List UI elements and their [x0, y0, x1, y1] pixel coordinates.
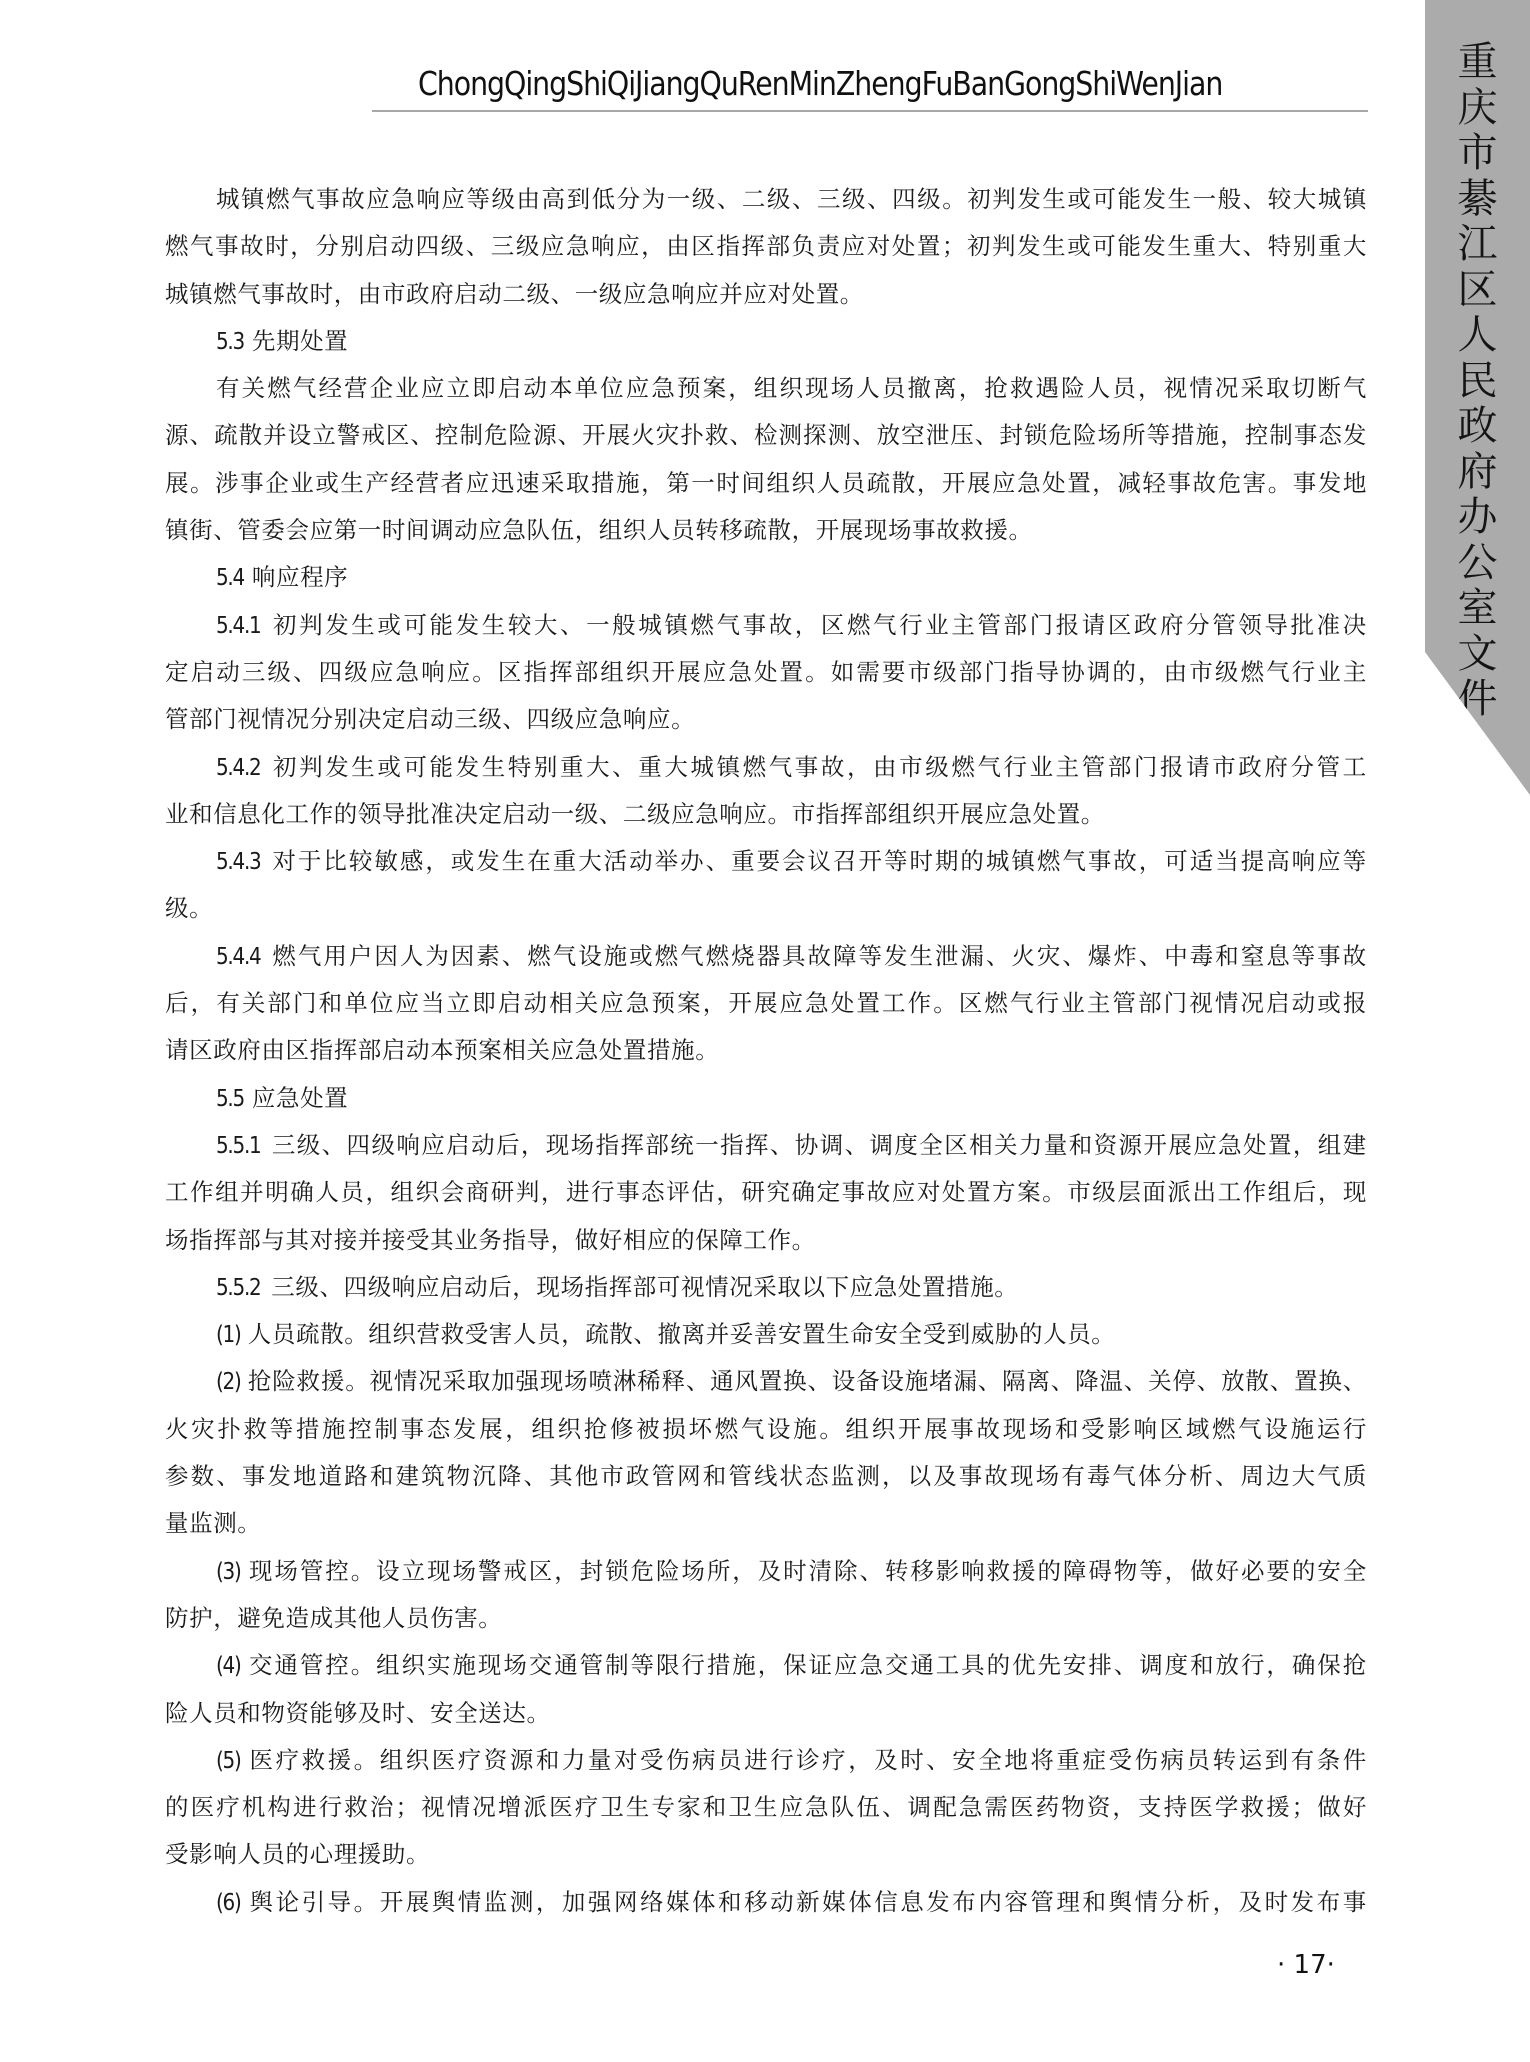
banner-char: 政	[1458, 404, 1498, 450]
paragraph-line: 级。	[165, 885, 1367, 932]
line-text: 量监测。	[165, 1509, 261, 1537]
paragraph-line: (5)医疗救援。组织医疗资源和力量对受伤病员进行诊疗，及时、安全地将重症受伤病员…	[165, 1737, 1367, 1784]
paragraph-line: 城镇燃气事故应急响应等级由高到低分为一级、二级、三级、四级。初判发生或可能发生一…	[165, 176, 1367, 223]
paragraph-line: 管部门视情况分别决定启动三级、四级应急响应。	[165, 696, 1367, 743]
paragraph-line: 请区政府由区指挥部启动本预案相关应急处置措施。	[165, 1027, 1367, 1074]
line-text: 定启动三级、四级应急响应。区指挥部组织开展应急处置。如需要市级部门指导协调的，由…	[165, 658, 1367, 686]
section-number: (5)	[216, 1737, 240, 1784]
paragraph-line: 5.4.4燃气用户因人为因素、燃气设施或燃气燃烧器具故障等发生泄漏、火灾、爆炸、…	[165, 933, 1367, 980]
side-banner-title: 重庆市綦江区人民政府办公室文件	[1425, 40, 1530, 723]
line-text: 场指挥部与其对接并接受其业务指导，做好相应的保障工作。	[165, 1226, 816, 1254]
banner-char: 室	[1458, 586, 1498, 632]
paragraph-line: 源、疏散并设立警戒区、控制危险源、开展火灾扑救、检测探测、放空泄压、封锁危险场所…	[165, 412, 1367, 459]
paragraph-line: 防护，避免造成其他人员伤害。	[165, 1595, 1367, 1642]
section-number: (4)	[216, 1642, 240, 1689]
line-text: 对于比较敏感，或发生在重大活动举办、重要会议召开等时期的城镇燃气事故，可适当提高…	[271, 847, 1367, 875]
running-header-title: ChongQingShiQiJiangQuRenMinZhengFuBanGon…	[418, 64, 1235, 103]
banner-char: 办	[1458, 495, 1498, 541]
section-number: 5.4.2	[216, 744, 260, 791]
line-text: 抢险救援。视情况采取加强现场喷淋稀释、通风置换、设备设施堵漏、隔离、降温、关停、…	[248, 1367, 1367, 1395]
section-number: (1)	[216, 1311, 240, 1358]
banner-char: 綦	[1458, 177, 1498, 223]
section-number: (2)	[216, 1358, 240, 1405]
paragraph-line: 场指挥部与其对接并接受其业务指导，做好相应的保障工作。	[165, 1217, 1367, 1264]
paragraph-line: 5.4.1初判发生或可能发生较大、一般城镇燃气事故，区燃气行业主管部门报请区政府…	[165, 602, 1367, 649]
line-text: 舆论引导。开展舆情监测，加强网络媒体和移动新媒体信息发布内容管理和舆情分析，及时…	[248, 1888, 1367, 1916]
paragraph-line: (2)抢险救援。视情况采取加强现场喷淋稀释、通风置换、设备设施堵漏、隔离、降温、…	[165, 1358, 1367, 1405]
paragraph-line: 的医疗机构进行救治；视情况增派医疗卫生专家和卫生应急队伍、调配急需医药物资，支持…	[165, 1784, 1367, 1831]
paragraph-line: (6)舆论引导。开展舆情监测，加强网络媒体和移动新媒体信息发布内容管理和舆情分析…	[165, 1879, 1367, 1926]
paragraph-line: 有关燃气经营企业应立即启动本单位应急预案，组织现场人员撤离，抢救遇险人员，视情况…	[165, 365, 1367, 412]
line-text: 展。涉事企业或生产经营者应迅速采取措施，第一时间组织人员疏散，开展应急处置，减轻…	[165, 469, 1367, 497]
line-text: 险人员和物资能够及时、安全送达。	[165, 1699, 551, 1727]
section-number: 5.4.3	[216, 838, 260, 885]
line-text: 参数、事发地道路和建筑物沉降、其他市政管网和管线状态监测，以及事故现场有毒气体分…	[165, 1462, 1367, 1490]
paragraph-line: (4)交通管控。组织实施现场交通管制等限行措施，保证应急交通工具的优先安排、调度…	[165, 1642, 1367, 1689]
line-text: 城镇燃气事故应急响应等级由高到低分为一级、二级、三级、四级。初判发生或可能发生一…	[216, 185, 1367, 213]
banner-char: 区	[1458, 268, 1498, 314]
paragraph-line: 险人员和物资能够及时、安全送达。	[165, 1690, 1367, 1737]
paragraph-line: 5.5.1三级、四级响应启动后，现场指挥部统一指挥、协调、调度全区相关力量和资源…	[165, 1122, 1367, 1169]
section-number: (6)	[216, 1879, 240, 1926]
line-text: 级。	[165, 894, 213, 922]
banner-char: 府	[1458, 450, 1498, 496]
line-text: 燃气用户因人为因素、燃气设施或燃气燃烧器具故障等发生泄漏、火灾、爆炸、中毒和窒息…	[271, 942, 1367, 970]
section-number: 5.5.1	[216, 1122, 260, 1169]
line-text: 初判发生或可能发生特别重大、重大城镇燃气事故，由市级燃气行业主管部门报请市政府分…	[271, 753, 1367, 781]
line-text: 受影响人员的心理援助。	[165, 1840, 430, 1868]
line-text: 的医疗机构进行救治；视情况增派医疗卫生专家和卫生应急队伍、调配急需医药物资，支持…	[165, 1793, 1367, 1821]
section-heading-line: 5.5.2三级、四级响应启动后，现场指挥部可视情况采取以下应急处置措施。	[165, 1264, 1367, 1311]
line-text: 管部门视情况分别决定启动三级、四级应急响应。	[165, 705, 695, 733]
paragraph-line: 工作组并明确人员，组织会商研判，进行事态评估，研究确定事故应对处置方案。市级层面…	[165, 1169, 1367, 1216]
line-text: 有关燃气经营企业应立即启动本单位应急预案，组织现场人员撤离，抢救遇险人员，视情况…	[216, 374, 1367, 402]
paragraph-line: 后，有关部门和单位应当立即启动相关应急预案，开展应急处置工作。区燃气行业主管部门…	[165, 980, 1367, 1027]
section-heading-line: 5.3先期处置	[165, 318, 1367, 365]
paragraph-line: (3)现场管控。设立现场警戒区，封锁危险场所，及时清除、转移影响救援的障碍物等，…	[165, 1548, 1367, 1595]
paragraph-line: 火灾扑救等措施控制事态发展，组织抢修被损坏燃气设施。组织开展事故现场和受影响区域…	[165, 1406, 1367, 1453]
section-heading-line: (1)人员疏散。组织营救受害人员，疏散、撤离并妥善安置生命安全受到威胁的人员。	[165, 1311, 1367, 1358]
banner-char: 文	[1458, 632, 1498, 678]
section-number: 5.4.1	[216, 602, 260, 649]
banner-char: 庆	[1458, 86, 1498, 132]
side-banner: 重庆市綦江区人民政府办公室文件	[1425, 0, 1530, 795]
line-text: 工作组并明确人员，组织会商研判，进行事态评估，研究确定事故应对处置方案。市级层面…	[165, 1178, 1367, 1206]
page-number: · 17·	[1277, 1950, 1335, 1980]
banner-char: 江	[1458, 222, 1498, 268]
running-header: ChongQingShiQiJiangQuRenMinZhengFuBanGon…	[372, 58, 1368, 112]
banner-char: 人	[1458, 313, 1498, 359]
section-number: 5.5.2	[216, 1264, 260, 1311]
line-text: 燃气事故时，分别启动四级、三级应急响应，由区指挥部负责应对处置；初判发生或可能发…	[165, 232, 1367, 260]
line-text: 请区政府由区指挥部启动本预案相关应急处置措施。	[165, 1036, 719, 1064]
section-heading-line: 5.5应急处置	[165, 1075, 1367, 1122]
line-text: 三级、四级响应启动后，现场指挥部统一指挥、协调、调度全区相关力量和资源开展应急处…	[271, 1131, 1367, 1159]
line-text: 镇街、管委会应第一时间调动应急队伍，组织人员转移疏散，开展现场事故救援。	[165, 516, 1033, 544]
line-text: 业和信息化工作的领导批准决定启动一级、二级应急响应。市指挥部组织开展应急处置。	[165, 800, 1105, 828]
section-number: 5.4	[216, 554, 244, 601]
line-text: 应急处置	[252, 1084, 348, 1112]
banner-char: 公	[1458, 541, 1498, 587]
line-text: 初判发生或可能发生较大、一般城镇燃气事故，区燃气行业主管部门报请区政府分管领导批…	[271, 611, 1367, 639]
line-text: 后，有关部门和单位应当立即启动相关应急预案，开展应急处置工作。区燃气行业主管部门…	[165, 989, 1367, 1017]
line-text: 人员疏散。组织营救受害人员，疏散、撤离并妥善安置生命安全受到威胁的人员。	[248, 1320, 1116, 1348]
section-number: 5.5	[216, 1075, 244, 1122]
line-text: 防护，避免造成其他人员伤害。	[165, 1604, 502, 1632]
paragraph-line: 城镇燃气事故时，由市政府启动二级、一级应急响应并应对处置。	[165, 271, 1367, 318]
line-text: 先期处置	[252, 327, 348, 355]
paragraph-line: 量监测。	[165, 1500, 1367, 1547]
banner-char: 重	[1458, 40, 1498, 86]
line-text: 源、疏散并设立警戒区、控制危险源、开展火灾扑救、检测探测、放空泄压、封锁危险场所…	[165, 421, 1367, 449]
paragraph-line: 受影响人员的心理援助。	[165, 1831, 1367, 1878]
paragraph-line: 5.4.2初判发生或可能发生特别重大、重大城镇燃气事故，由市级燃气行业主管部门报…	[165, 744, 1367, 791]
section-number: (3)	[216, 1548, 240, 1595]
paragraph-line: 5.4.3对于比较敏感，或发生在重大活动举办、重要会议召开等时期的城镇燃气事故，…	[165, 838, 1367, 885]
line-text: 城镇燃气事故时，由市政府启动二级、一级应急响应并应对处置。	[165, 280, 864, 308]
line-text: 现场管控。设立现场警戒区，封锁危险场所，及时清除、转移影响救援的障碍物等，做好必…	[248, 1557, 1367, 1585]
line-text: 交通管控。组织实施现场交通管制等限行措施，保证应急交通工具的优先安排、调度和放行…	[248, 1651, 1367, 1679]
section-number: 5.4.4	[216, 933, 260, 980]
paragraph-line: 定启动三级、四级应急响应。区指挥部组织开展应急处置。如需要市级部门指导协调的，由…	[165, 649, 1367, 696]
paragraph-line: 展。涉事企业或生产经营者应迅速采取措施，第一时间组织人员疏散，开展应急处置，减轻…	[165, 460, 1367, 507]
paragraph-line: 燃气事故时，分别启动四级、三级应急响应，由区指挥部负责应对处置；初判发生或可能发…	[165, 223, 1367, 270]
section-heading-line: 5.4响应程序	[165, 554, 1367, 601]
line-text: 三级、四级响应启动后，现场指挥部可视情况采取以下应急处置措施。	[271, 1273, 1018, 1301]
line-text: 火灾扑救等措施控制事态发展，组织抢修被损坏燃气设施。组织开展事故现场和受影响区域…	[165, 1415, 1367, 1443]
banner-char: 件	[1458, 677, 1498, 723]
paragraph-line: 镇街、管委会应第一时间调动应急队伍，组织人员转移疏散，开展现场事故救援。	[165, 507, 1367, 554]
banner-char: 民	[1458, 359, 1498, 405]
line-text: 医疗救援。组织医疗资源和力量对受伤病员进行诊疗，及时、安全地将重症受伤病员转运到…	[248, 1746, 1367, 1774]
line-text: 响应程序	[252, 563, 348, 591]
section-number: 5.3	[216, 318, 244, 365]
banner-char: 市	[1458, 131, 1498, 177]
paragraph-line: 业和信息化工作的领导批准决定启动一级、二级应急响应。市指挥部组织开展应急处置。	[165, 791, 1367, 838]
paragraph-line: 参数、事发地道路和建筑物沉降、其他市政管网和管线状态监测，以及事故现场有毒气体分…	[165, 1453, 1367, 1500]
document-body: 城镇燃气事故应急响应等级由高到低分为一级、二级、三级、四级。初判发生或可能发生一…	[165, 176, 1367, 1926]
